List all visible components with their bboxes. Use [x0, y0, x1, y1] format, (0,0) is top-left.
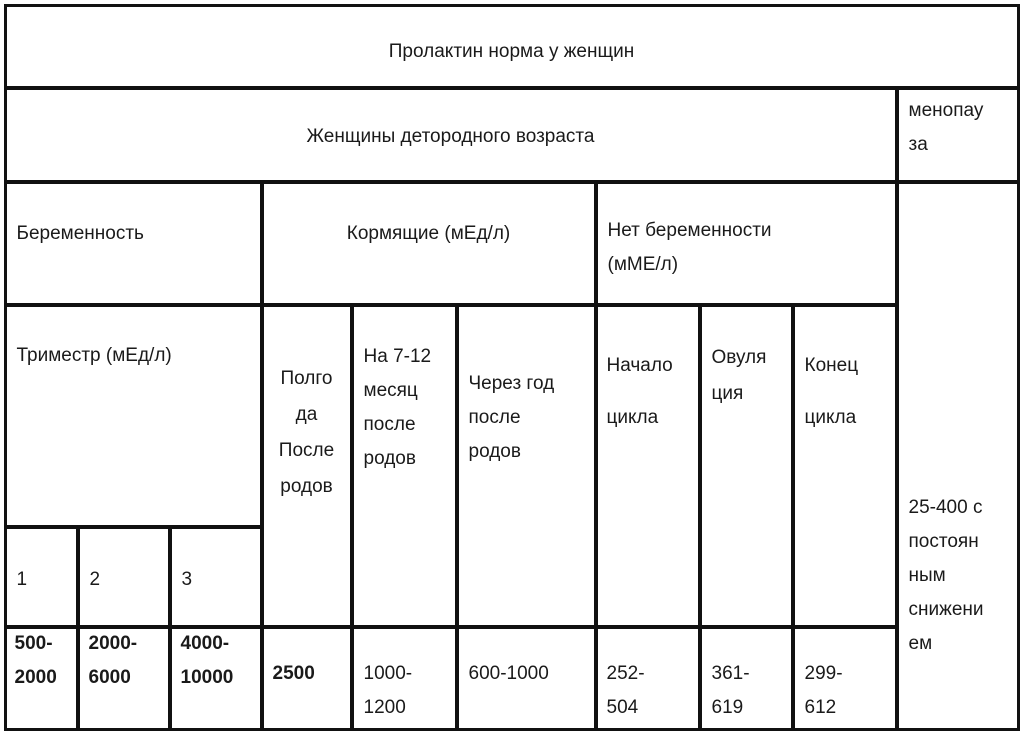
trimester-2-value-cell: 2000- 6000 — [77, 626, 171, 731]
menopause-value: 25-400 с постоян ным снижени ем — [909, 491, 984, 661]
trimester-3-value-cell: 4000- 10000 — [169, 626, 263, 731]
nursing-col-half-year: Полго да После родов — [261, 304, 353, 628]
cycle-col-label: Начало цикла — [607, 340, 673, 444]
nursing-col-after-year: Через год после родов — [456, 304, 597, 628]
trimester-number: 1 — [17, 563, 28, 597]
reproductive-age-header: Женщины детородного возраста — [4, 87, 898, 183]
menopause-label: менопау за — [909, 94, 984, 162]
pregnancy-label: Беременность — [17, 217, 144, 251]
trimester-value: 4000- 10000 — [181, 627, 234, 695]
cycle-start-value-cell: 252- 504 — [595, 626, 701, 731]
trimester-value: 500- 2000 — [15, 627, 57, 695]
trimester-value: 2000- 6000 — [89, 627, 138, 695]
table-title: Пролактин норма у женщин — [7, 35, 1017, 69]
nursing-7-12-value-cell: 1000- 1200 — [351, 626, 458, 731]
nursing-value: 1000- 1200 — [364, 657, 413, 725]
nursing-value: 2500 — [273, 657, 315, 691]
trimester-1-value-cell: 500- 2000 — [4, 626, 79, 731]
cycle-col-end: Конец цикла — [792, 304, 898, 628]
nursing-col-label: Полго да После родов — [264, 361, 350, 505]
trimester-number: 3 — [182, 563, 193, 597]
cycle-value: 252- 504 — [607, 657, 645, 725]
trimester-number: 2 — [90, 563, 101, 597]
menopause-value-cell: 25-400 с постоян ным снижени ем — [896, 181, 1020, 731]
cycle-col-ovulation: Овуля ция — [699, 304, 794, 628]
trimester-3-header: 3 — [169, 526, 263, 628]
trimester-2-header: 2 — [77, 526, 171, 628]
pregnancy-header: Беременность — [4, 181, 263, 306]
nursing-value: 600-1000 — [469, 657, 549, 691]
not-pregnant-label: Нет беременности (мМЕ/л) — [608, 214, 772, 282]
nursing-col-label: На 7-12 месяц после родов — [364, 340, 432, 476]
cycle-col-start: Начало цикла — [595, 304, 701, 628]
trimester-label: Триместр (мЕд/л) — [17, 339, 172, 373]
nursing-after-year-value-cell: 600-1000 — [456, 626, 597, 731]
cycle-end-value-cell: 299- 612 — [792, 626, 898, 731]
cycle-ovulation-value-cell: 361- 619 — [699, 626, 794, 731]
nursing-col-7-12-months: На 7-12 месяц после родов — [351, 304, 458, 628]
prolactin-norms-table: Пролактин норма у женщин Женщины детород… — [0, 0, 1024, 735]
not-pregnant-header: Нет беременности (мМЕ/л) — [595, 181, 898, 306]
nursing-col-label: Через год после родов — [469, 367, 555, 469]
nursing-half-year-value-cell: 2500 — [261, 626, 353, 731]
cycle-col-label: Овуля ция — [712, 340, 767, 412]
cycle-value: 299- 612 — [805, 657, 843, 725]
table-title-cell: Пролактин норма у женщин — [4, 4, 1020, 89]
cycle-col-label: Конец цикла — [805, 340, 859, 444]
menopause-header: менопау за — [896, 87, 1020, 183]
reproductive-age-label: Женщины детородного возраста — [7, 120, 895, 154]
nursing-header: Кормящие (мЕд/л) — [261, 181, 597, 306]
cycle-value: 361- 619 — [712, 657, 750, 725]
trimester-1-header: 1 — [4, 526, 79, 628]
nursing-label: Кормящие (мЕд/л) — [264, 217, 594, 251]
trimester-header: Триместр (мЕд/л) — [4, 304, 263, 528]
